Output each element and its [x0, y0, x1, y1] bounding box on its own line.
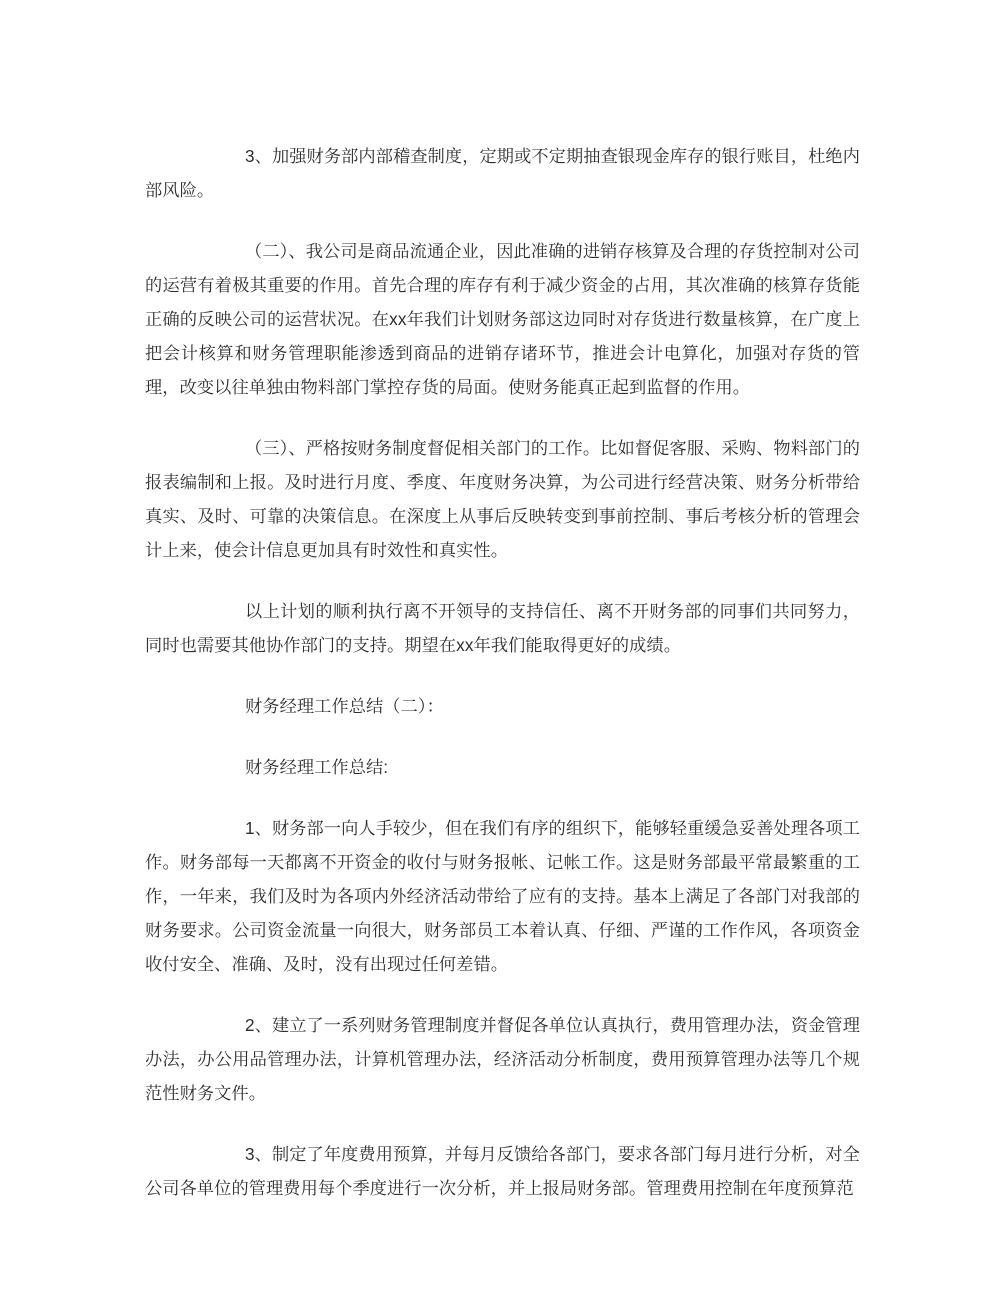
heading-work-summary: 财务经理工作总结: — [145, 750, 860, 784]
paragraph-inventory-control: （二）、我公司是商品流通企业，因此准确的进销存核算及合理的存货控制对公司的运营有… — [145, 234, 860, 404]
heading-work-summary-2: 财务经理工作总结（二）： — [145, 689, 860, 723]
document-page: 3、加强财务部内部稽查制度，定期或不定期抽查银现金库存的银行账目，杜绝内部风险。… — [0, 0, 1000, 1295]
paragraph-closing-remarks: 以上计划的顺利执行离不开领导的支持信任、离不开财务部的同事们共同努力，同时也需要… — [145, 594, 860, 662]
paragraph-management-rules: 2、建立了一系列财务管理制度并督促各单位认真执行，费用管理办法，资金管理办法，办… — [145, 1008, 860, 1110]
paragraph-internal-audit-system: 3、加强财务部内部稽查制度，定期或不定期抽查银现金库存的银行账目，杜绝内部风险。 — [145, 139, 860, 207]
paragraph-fund-handling: 1、财务部一向人手较少，但在我们有序的组织下，能够轻重缓急妥善处理各项工作。财务… — [145, 811, 860, 981]
paragraph-department-supervision: （三）、严格按财务制度督促相关部门的工作。比如督促客服、采购、物料部门的报表编制… — [145, 431, 860, 567]
paragraph-budget-control: 3、制定了年度费用预算，并每月反馈给各部门，要求各部门每月进行分析，对全公司各单… — [145, 1137, 860, 1205]
